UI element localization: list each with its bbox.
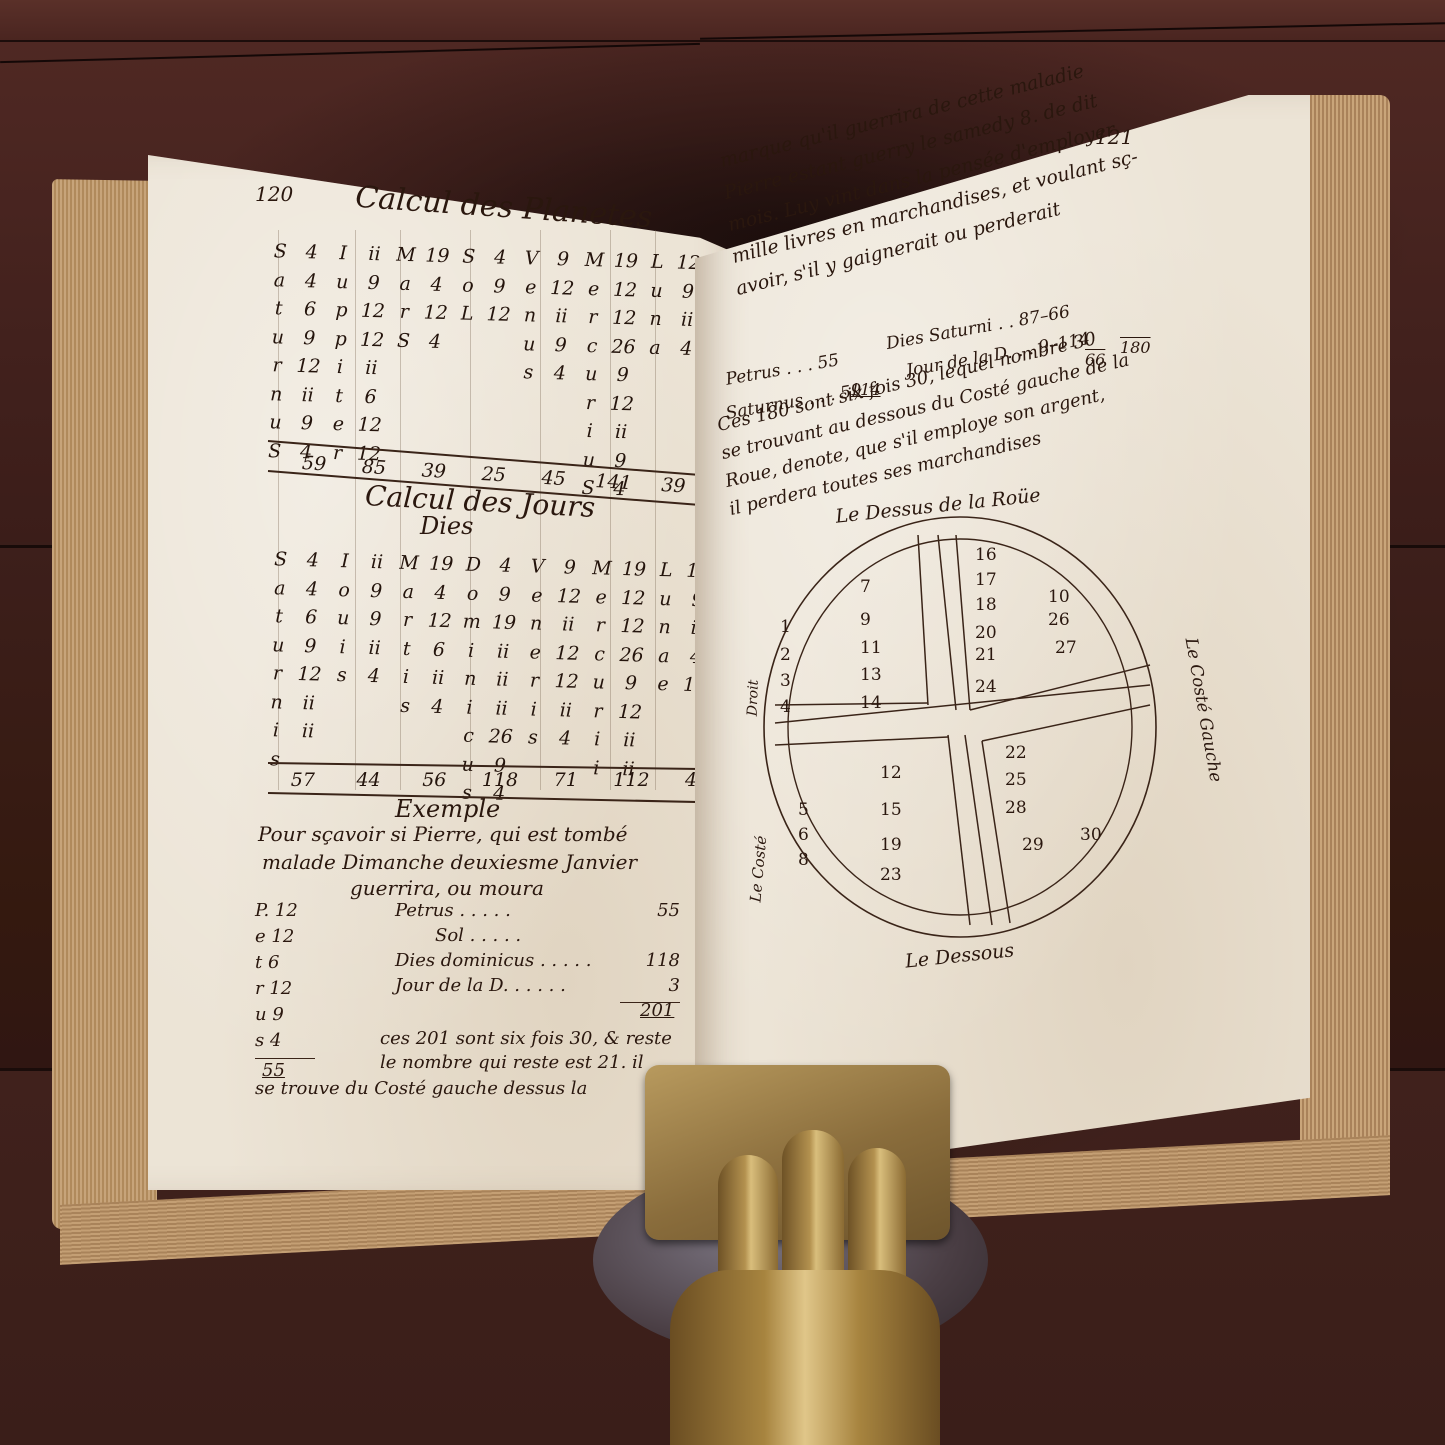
- table-cell: 4: [295, 266, 327, 295]
- wheel-number: 4: [780, 697, 791, 717]
- table-cell: 9: [545, 330, 577, 359]
- table-cell: n: [260, 687, 293, 716]
- table-cell: 12: [616, 612, 649, 641]
- table-cell: s: [516, 723, 549, 752]
- table-cell: u: [582, 668, 615, 697]
- closing-line: se trouve du Costé gauche dessus la: [255, 1078, 587, 1099]
- table-cell: s: [389, 691, 422, 720]
- table-cell: 57: [270, 766, 336, 795]
- table-cell: 9: [294, 631, 327, 660]
- table-cell: 26: [607, 332, 639, 361]
- table-cell: u: [513, 329, 545, 358]
- table-cell: n: [260, 379, 292, 408]
- table-cell: 4: [296, 238, 328, 267]
- letter-row: P. 12: [255, 900, 298, 921]
- table-cell: ii: [486, 665, 519, 694]
- table-cell: r: [577, 303, 609, 332]
- table-cell: r: [582, 696, 615, 725]
- table-cell: c: [583, 639, 616, 668]
- sum-row: Sol . . . . .28: [435, 925, 720, 946]
- wheel-number: 11: [860, 638, 882, 658]
- table-cell: i: [390, 663, 423, 692]
- sum-row-value: 3: [669, 975, 680, 996]
- table-cell: 4: [421, 692, 454, 721]
- table-cell: p: [325, 296, 357, 325]
- wheel-number: 9: [860, 610, 871, 630]
- table-cell: r: [388, 297, 420, 326]
- wheel-number: 17: [975, 570, 997, 590]
- letter-row: e 12: [255, 926, 294, 947]
- table-cell: ii: [487, 637, 520, 666]
- table-cell: o: [452, 271, 484, 300]
- table-cell: ii: [358, 240, 390, 269]
- table-cell: u: [640, 276, 672, 305]
- wheel-number: 29: [1022, 835, 1044, 855]
- letter-row: r 12: [255, 978, 292, 999]
- table-cell: t: [323, 381, 355, 410]
- table-cell: [637, 390, 669, 419]
- table-cell: i: [455, 636, 488, 665]
- table-cell: e: [519, 638, 552, 667]
- table-cell: 4: [424, 578, 457, 607]
- table-cell: 6: [295, 603, 328, 632]
- sum-row-value: 118: [646, 950, 680, 971]
- table-cell: 12: [483, 300, 515, 329]
- table-cell: 19: [425, 549, 458, 578]
- table-cell: [324, 689, 357, 718]
- wheel-number: 1: [780, 617, 791, 637]
- sum-total: 201: [640, 1000, 674, 1021]
- table-cell: [417, 384, 449, 413]
- sum-row-label: Petrus . . . . .: [395, 900, 511, 921]
- table-cell: 9: [483, 272, 515, 301]
- wheel-number: 5: [798, 800, 809, 820]
- table-cell: n: [454, 664, 487, 693]
- table-cell: i: [517, 695, 550, 724]
- table-cell: r: [261, 659, 294, 688]
- table-cell: ii: [613, 726, 646, 755]
- table-cell: p: [325, 324, 357, 353]
- table-cell: 4: [296, 546, 329, 575]
- wood-plank-top: [0, 0, 1445, 42]
- table-cell: 39: [643, 470, 705, 502]
- table-cell: a: [389, 269, 421, 298]
- table-cell: o: [456, 579, 489, 608]
- table-cell: 4: [357, 662, 390, 691]
- table-cell: 4: [549, 724, 582, 753]
- letter-row: t 6: [255, 952, 279, 973]
- table-cell: m: [455, 607, 488, 636]
- table-cell: t: [263, 294, 295, 323]
- table-cell: [324, 718, 357, 747]
- table-cell: [417, 412, 449, 441]
- table-cell: 12: [357, 297, 389, 326]
- table-cell: n: [640, 305, 672, 334]
- table-cell: s: [325, 661, 358, 690]
- table-cell: 9: [547, 245, 579, 274]
- table-cell: r: [391, 606, 424, 635]
- wheel-number: 6: [798, 825, 809, 845]
- table-cell: e: [647, 670, 680, 699]
- table-cell: r: [574, 388, 606, 417]
- table-cell: 12: [546, 273, 578, 302]
- table-cell: e: [322, 410, 354, 439]
- table-cell: 6: [294, 295, 326, 324]
- table-cell: u: [262, 630, 295, 659]
- table-cell: 56: [401, 766, 467, 795]
- table-cell: u: [262, 322, 294, 351]
- table-cell: [482, 329, 514, 358]
- table-cell: i: [259, 716, 292, 745]
- table-cell: t: [263, 602, 296, 631]
- sum-row: Dies dominicus . . . . .118: [395, 950, 680, 971]
- table-cell: n: [520, 609, 553, 638]
- table-cell: M: [390, 241, 422, 270]
- table-cell: 12: [356, 325, 388, 354]
- table-cell: a: [392, 577, 425, 606]
- table-cell: [646, 698, 679, 727]
- table-cell: 9: [488, 580, 521, 609]
- table-cell: 19: [610, 247, 642, 276]
- table-cell: e: [515, 273, 547, 302]
- wheel-number: 7: [860, 577, 871, 597]
- wheel-number: 15: [880, 800, 902, 820]
- table-cell: [418, 355, 450, 384]
- table-cell: L: [451, 299, 483, 328]
- table-cell: u: [327, 604, 360, 633]
- page-number-left: 120: [255, 182, 293, 206]
- table-cell: [480, 386, 512, 415]
- table-cell: i: [581, 725, 614, 754]
- table-cell: 26: [484, 722, 517, 751]
- wheel-number: 30: [1080, 825, 1102, 845]
- table-cell: S: [264, 237, 296, 266]
- closing-line: ces 201 sont six fois 30, & reste: [380, 1028, 672, 1049]
- table-cell: 4: [420, 270, 452, 299]
- table-cell: ii: [355, 354, 387, 383]
- table-cell: I: [328, 547, 361, 576]
- wheel-number: 3: [780, 671, 791, 691]
- sum-row-label: Jour de la D. . . . . .: [395, 975, 566, 996]
- days-table-subtitle: Dies: [420, 512, 473, 540]
- table-cell: 19: [488, 608, 521, 637]
- table-cell: 9: [291, 409, 323, 438]
- table-cell: L: [650, 556, 683, 585]
- table-cell: V: [521, 552, 554, 581]
- table-cell: u: [326, 267, 358, 296]
- sum-row-value: 55: [657, 900, 680, 921]
- table-cell: [387, 354, 419, 383]
- table-cell: c: [452, 721, 485, 750]
- table-cell: V: [516, 244, 548, 273]
- table-cell: a: [263, 573, 296, 602]
- table-cell: [386, 383, 418, 412]
- table-cell: [481, 357, 513, 386]
- table-cell: ii: [361, 548, 394, 577]
- table-cell: [388, 720, 421, 749]
- table-cell: ii: [292, 717, 325, 746]
- table-cell: 12: [609, 275, 641, 304]
- book-page-edges-right: [1300, 95, 1390, 1155]
- table-cell: 6: [422, 635, 455, 664]
- table-cell: [385, 411, 417, 440]
- table-cell: 71: [533, 766, 599, 795]
- table-cell: [450, 328, 482, 357]
- table-cell: 6: [354, 382, 386, 411]
- table-cell: e: [578, 274, 610, 303]
- table-cell: e: [520, 581, 553, 610]
- table-cell: u: [575, 360, 607, 389]
- table-cell: 9: [607, 361, 639, 390]
- table-cell: ii: [485, 694, 518, 723]
- sum-row: Petrus . . . . .55: [395, 900, 680, 921]
- example-line: malade Dimanche deuxiesme Janvier: [262, 850, 637, 874]
- sum-row: Jour de la D. . . . . .3: [395, 975, 680, 996]
- table-cell: L: [641, 248, 673, 277]
- wheel-number: 22: [1005, 743, 1027, 763]
- table-cell: ii: [292, 688, 325, 717]
- table-cell: 118: [467, 766, 533, 795]
- table-cell: 9: [614, 669, 647, 698]
- table-cell: i: [326, 632, 359, 661]
- wheel-number: 28: [1005, 798, 1027, 818]
- table-cell: o: [328, 575, 361, 604]
- example-line: Pour sçavoir si Pierre, qui est tombé: [258, 822, 628, 846]
- table-cell: a: [647, 641, 680, 670]
- table-cell: [543, 387, 575, 416]
- wheel-number: 14: [860, 693, 882, 713]
- table-cell: [645, 727, 678, 756]
- table-cell: I: [327, 239, 359, 268]
- wheel-number: 24: [975, 677, 997, 697]
- sum-row-label: Sol . . . . .: [435, 925, 521, 946]
- table-cell: M: [393, 549, 426, 578]
- table-cell: 12: [617, 583, 650, 612]
- table-cell: n: [648, 613, 681, 642]
- table-cell: c: [576, 331, 608, 360]
- wheel-number: 21: [975, 645, 997, 665]
- table-cell: 9: [360, 576, 393, 605]
- table-cell: [356, 719, 389, 748]
- table-cell: r: [261, 351, 293, 380]
- table-cell: i: [324, 353, 356, 382]
- wheel-number: 26: [1048, 610, 1070, 630]
- table-cell: a: [639, 333, 671, 362]
- table-cell: 9: [553, 553, 586, 582]
- table-cell: 9: [358, 268, 390, 297]
- table-cell: a: [263, 265, 295, 294]
- table-cell: 12: [420, 298, 452, 327]
- table-cell: [479, 414, 511, 443]
- table-cell: i: [453, 693, 486, 722]
- table-cell: u: [259, 408, 291, 437]
- table-cell: r: [584, 611, 617, 640]
- table-cell: 4: [544, 359, 576, 388]
- table-cell: 19: [618, 555, 651, 584]
- table-cell: [450, 356, 482, 385]
- wheel-lines: [760, 505, 1160, 950]
- table-cell: ii: [358, 633, 391, 662]
- table-cell: 12: [608, 304, 640, 333]
- table-cell: [542, 416, 574, 445]
- sum-row-label: Dies dominicus . . . . .: [395, 950, 591, 971]
- letter-column-rule: [255, 1058, 315, 1059]
- clip-hand-palm: [670, 1270, 940, 1445]
- table-cell: i: [574, 417, 606, 446]
- table-cell: S: [453, 242, 485, 271]
- example-title: Exemple: [395, 795, 500, 823]
- letter-row: u 9: [255, 1004, 284, 1025]
- letter-row: s 4: [255, 1030, 281, 1051]
- table-cell: ii: [292, 380, 324, 409]
- table-cell: S: [387, 326, 419, 355]
- table-cell: 9: [359, 605, 392, 634]
- days-table-totals: 5744561187111248: [270, 766, 730, 795]
- wheel-diagram: 123479111314 161718202124102627 56812151…: [760, 505, 1160, 950]
- table-cell: t: [390, 634, 423, 663]
- table-cell: [357, 690, 390, 719]
- table-cell: M: [578, 246, 610, 275]
- table-cell: [636, 418, 668, 447]
- table-cell: 19: [421, 241, 453, 270]
- table-cell: M: [586, 554, 619, 583]
- table-cell: 12: [606, 389, 638, 418]
- wheel-number: 12: [880, 763, 902, 783]
- table-cell: ii: [549, 696, 582, 725]
- wheel-number: 25: [1005, 770, 1027, 790]
- table-cell: 4: [489, 551, 522, 580]
- table-cell: 4: [296, 574, 329, 603]
- table-cell: 12: [354, 411, 386, 440]
- table-cell: [449, 385, 481, 414]
- table-cell: ii: [545, 302, 577, 331]
- wheel-number: 16: [975, 545, 997, 565]
- table-cell: S: [264, 545, 297, 574]
- table-cell: 112: [599, 766, 665, 795]
- example-line: guerrira, ou moura: [350, 876, 544, 900]
- table-cell: D: [457, 550, 490, 579]
- table-cell: [638, 361, 670, 390]
- table-cell: 12: [614, 697, 647, 726]
- closing-line: le nombre qui reste est 21. il: [380, 1052, 644, 1073]
- wheel-label-left-upper: Droit: [745, 680, 762, 717]
- wheel-number: 10: [1048, 587, 1070, 607]
- table-cell: 12: [553, 582, 586, 611]
- wheel-number: 18: [975, 595, 997, 615]
- table-cell: ii: [552, 610, 585, 639]
- table-cell: ii: [605, 418, 637, 447]
- table-cell: 44: [336, 766, 402, 795]
- table-cell: [448, 413, 480, 442]
- table-cell: 4: [484, 243, 516, 272]
- table-cell: 12: [551, 639, 584, 668]
- table-cell: r: [518, 666, 551, 695]
- table-cell: [420, 720, 453, 749]
- book-page-edges-left: [52, 179, 157, 1231]
- wheel-number: 23: [880, 865, 902, 885]
- wheel-number: 8: [798, 850, 809, 870]
- wheel-number: 2: [780, 645, 791, 665]
- table-cell: 12: [293, 660, 326, 689]
- wheel-number: 19: [880, 835, 902, 855]
- table-cell: 12: [550, 667, 583, 696]
- table-cell: 9: [293, 323, 325, 352]
- wheel-number: 13: [860, 665, 882, 685]
- wheel-number: 20: [975, 623, 997, 643]
- table-cell: 26: [615, 640, 648, 669]
- table-cell: [512, 386, 544, 415]
- wheel-number: 27: [1055, 638, 1077, 658]
- table-cell: u: [649, 584, 682, 613]
- table-cell: 12: [292, 352, 324, 381]
- table-cell: [511, 415, 543, 444]
- table-cell: 4: [419, 327, 451, 356]
- table-cell: s: [512, 358, 544, 387]
- table-cell: n: [514, 301, 546, 330]
- table-cell: 12: [423, 606, 456, 635]
- table-cell: e: [585, 582, 618, 611]
- table-cell: ii: [422, 663, 455, 692]
